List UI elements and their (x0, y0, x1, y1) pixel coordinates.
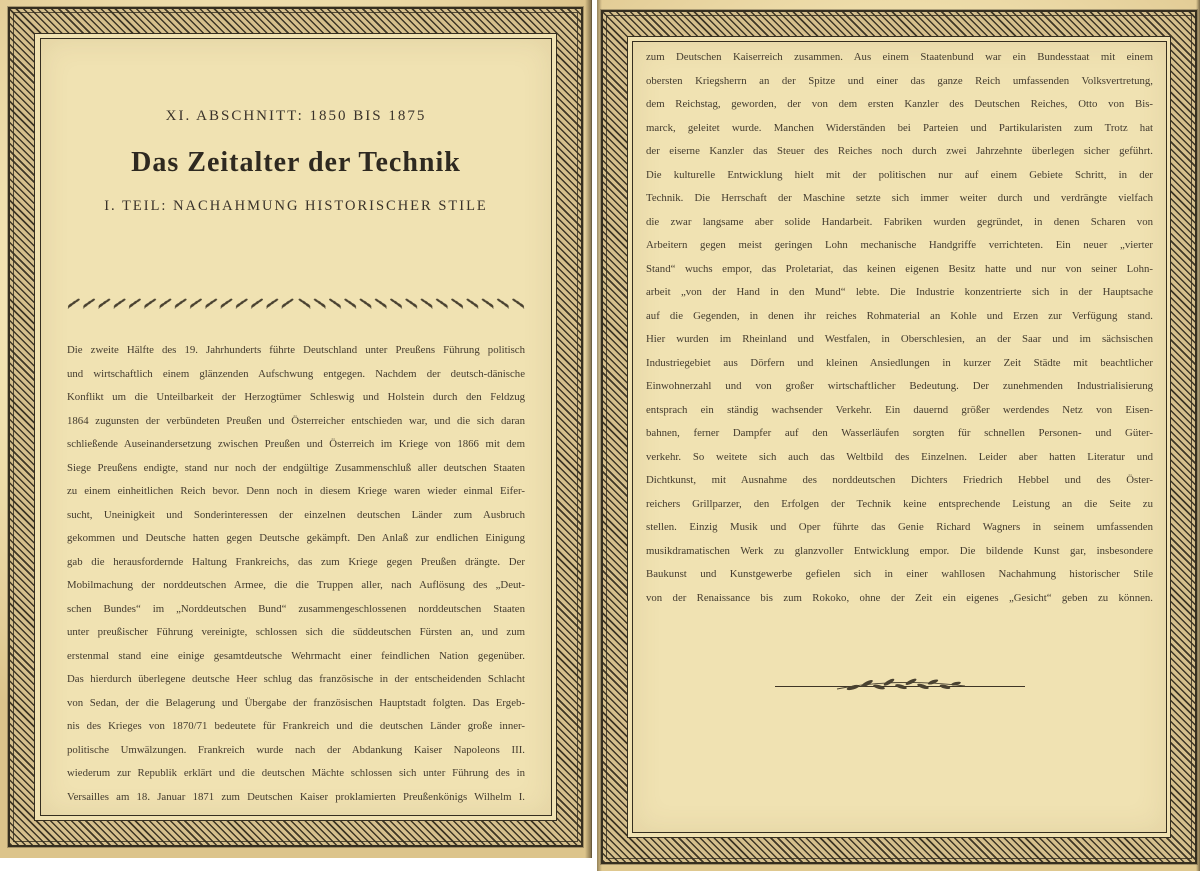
body-text-line: Technik. Die Herrschaft der Maschine set… (646, 187, 1153, 211)
body-text-line: Industriegebiet aus Dörfern und kleinen … (646, 352, 1153, 376)
body-text-line: Stand“ wuchs empor, das Proletariat, das… (646, 258, 1153, 282)
laurel-rule-ornament-icon (646, 674, 1153, 698)
body-text-line: sucht, Uneinigkeit und Sonderinteressen … (67, 504, 525, 528)
right-page-panel: zum Deutschen Kaiserreich zusammen. Aus … (632, 41, 1167, 833)
body-text-line: von Sedan, der die Belagerung und Überga… (67, 692, 525, 716)
body-text-line: unter preußischer Führung vereinigte, sc… (67, 621, 525, 645)
body-text-line: Arbeitern gegen meist geringen Lohn mech… (646, 234, 1153, 258)
right-page-body: zum Deutschen Kaiserreich zusammen. Aus … (646, 46, 1153, 610)
body-text-line: verkehr. So weitete sich auch das Weltbi… (646, 446, 1153, 470)
body-text-line: dem Reichstag, geworden, der von dem ers… (646, 93, 1153, 117)
body-text-line: stellen. Einzig Musik und Oper führte da… (646, 516, 1153, 540)
body-text-line: marck, geleitet wurde. Manchen Widerstän… (646, 117, 1153, 141)
body-text-line: arbeit „von der Hand in den Mund“ lebte.… (646, 281, 1153, 305)
body-text-line: schen Bundes“ im „Norddeutschen Bund“ zu… (67, 598, 525, 622)
body-text-line: wiederum zur Republik erklärt und die de… (67, 762, 525, 786)
body-text-line: musikdramatischen Werk zu glanzvoller En… (646, 540, 1153, 564)
body-text-line: obersten Kriegsherrn an der Spitze und e… (646, 70, 1153, 94)
body-text-line: gab die herausfordernde Haltung Frankrei… (67, 551, 525, 575)
body-text-line: 1864 zugunsten der verbündeten Preußen u… (67, 410, 525, 434)
left-page-body: Die zweite Hälfte des 19. Jahrhunderts f… (67, 339, 525, 809)
section-heading: XI. ABSCHNITT: 1850 BIS 1875 (67, 107, 525, 126)
book-spread: XI. ABSCHNITT: 1850 BIS 1875 Das Zeitalt… (0, 0, 1200, 871)
part-subtitle: I. TEIL: NACHAHMUNG HISTORISCHER STILE (67, 197, 525, 215)
body-text-line: reichers Grillparzer, den Erfolgen der T… (646, 493, 1153, 517)
body-text-line: Konflikt um die Unteilbarkeit der Herzog… (67, 386, 525, 410)
leaf-row-ornament-icon (67, 297, 525, 311)
body-text-line: Die kulturelle Entwicklung hielt mit der… (646, 164, 1153, 188)
body-text-line: die zwar langsame aber solide Handarbeit… (646, 211, 1153, 235)
body-text-line: Dichtkunst, mit Ausnahme des norddeutsch… (646, 469, 1153, 493)
body-text-line: gekommen und Deutsche hatten gegen Deuts… (67, 527, 525, 551)
body-text-line: der eiserne Kanzler das Steuer des Reich… (646, 140, 1153, 164)
body-text-line: Mobilmachung der norddeutschen Armee, di… (67, 574, 525, 598)
body-text-line: zum Deutschen Kaiserreich zusammen. Aus … (646, 46, 1153, 70)
right-page: zum Deutschen Kaiserreich zusammen. Aus … (597, 0, 1200, 871)
body-text-line: Das hierdurch überlegene deutsche Heer s… (67, 668, 525, 692)
body-text-line: bahnen, ferner Dampfer auf den Wasserläu… (646, 422, 1153, 446)
body-text-line: Hier wurden im Rheinland und Westfalen, … (646, 328, 1153, 352)
body-text-line: schließende Auseinandersetzung zwischen … (67, 433, 525, 457)
body-text-line: auf die Gegenden, in denen ihr reiches R… (646, 305, 1153, 329)
body-text-line: entsprach ein ständig wachsender Verkehr… (646, 399, 1153, 423)
body-text-line: nis des Krieges von 1870/71 bedeutete fü… (67, 715, 525, 739)
body-text-line: Baukunst und Kunstgewerbe gefielen sich … (646, 563, 1153, 587)
body-text-line: von der Renaissance bis zum Rokoko, ohne… (646, 587, 1153, 611)
body-text-line: erstenmal stand eine einige gesamtdeutsc… (67, 645, 525, 669)
body-text-line: Versailles am 18. Januar 1871 zum Deutsc… (67, 786, 525, 810)
left-page: XI. ABSCHNITT: 1850 BIS 1875 Das Zeitalt… (0, 0, 592, 858)
left-page-panel: XI. ABSCHNITT: 1850 BIS 1875 Das Zeitalt… (40, 38, 552, 816)
body-text-line: Die zweite Hälfte des 19. Jahrhunderts f… (67, 339, 525, 363)
body-text-line: und wirtschaftlich einem glänzenden Aufs… (67, 363, 525, 387)
body-text-line: Einwohnerzahl und von großer wirtschaftl… (646, 375, 1153, 399)
body-text-line: Siege Preußens endigte, stand nur noch d… (67, 457, 525, 481)
body-text-line: politische Umwälzungen. Frankreich wurde… (67, 739, 525, 763)
chapter-title: Das Zeitalter der Technik (67, 146, 525, 180)
body-text-line: zu einem einheitlichen Reich bevor. Denn… (67, 480, 525, 504)
